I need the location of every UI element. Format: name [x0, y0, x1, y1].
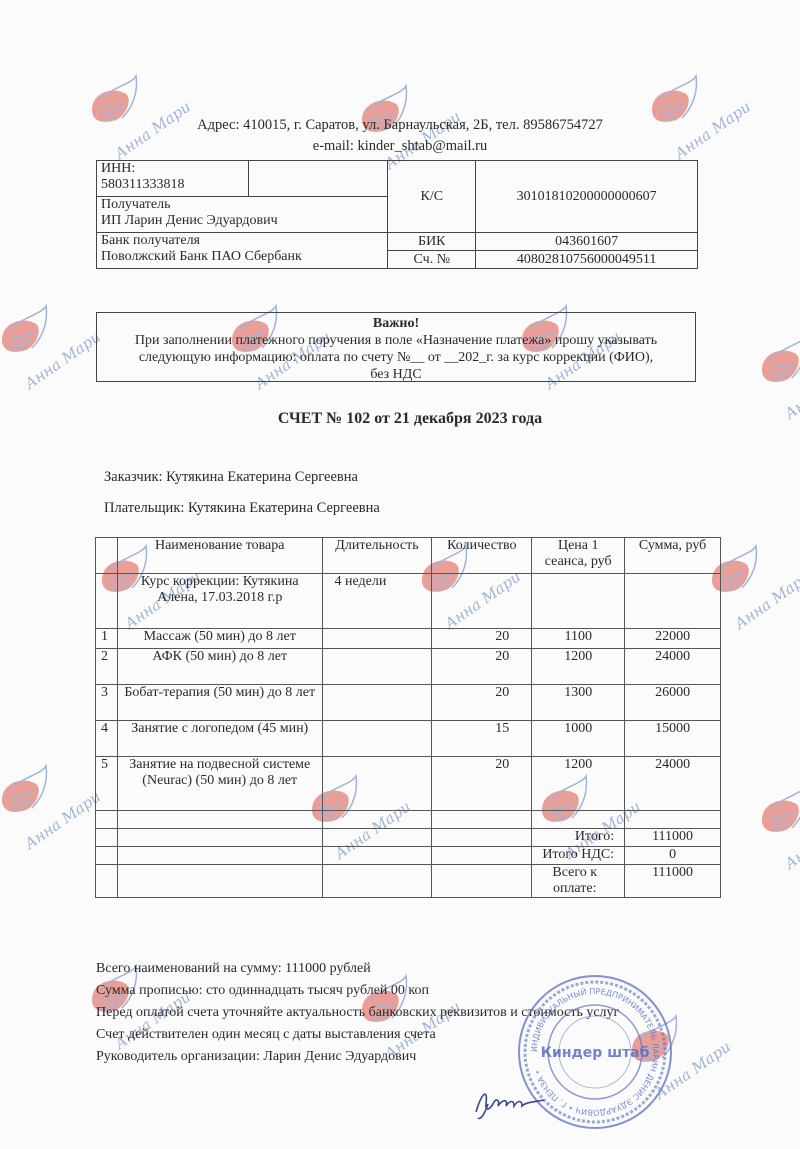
total-label: Всего к оплате:	[532, 865, 625, 898]
table-row: 2АФК (50 мин) до 8 лет20120024000	[96, 649, 721, 685]
item-name: Занятие на подвесной системе (Neurac) (5…	[117, 757, 322, 811]
item-quantity: 20	[432, 649, 532, 685]
table-row: 3Бобат-терапия (50 мин) до 8 лет20130026…	[96, 685, 721, 721]
watermark-logo-icon: Анна Мария	[0, 300, 100, 400]
empty-row	[96, 811, 721, 829]
stamp-center-text: Киндер штаб	[541, 1045, 650, 1061]
row-number: 2	[96, 649, 118, 685]
recipient-cell: ПолучательИП Ларин Денис Эдуардович	[97, 197, 388, 233]
item-quantity: 15	[432, 721, 532, 757]
item-sum: 22000	[625, 629, 721, 649]
item-name: Массаж (50 мин) до 8 лет	[117, 629, 322, 649]
course-duration: 4 недели	[322, 574, 432, 629]
payer: Плательщик: Кутякина Екатерина Сергеевна	[104, 500, 380, 517]
header-sum: Сумма, руб	[625, 538, 721, 574]
item-sum: 24000	[625, 757, 721, 811]
total-label: Итого НДС:	[532, 847, 625, 865]
item-price: 1200	[532, 757, 625, 811]
inn-cell: ИНН:580311333818	[97, 161, 249, 197]
company-email: e-mail: kinder_shtab@mail.ru	[0, 138, 800, 155]
item-name: Бобат-терапия (50 мин) до 8 лет	[117, 685, 322, 721]
item-quantity: 20	[432, 629, 532, 649]
item-sum: 24000	[625, 649, 721, 685]
bik-value: 043601607	[476, 233, 698, 251]
table-row: 5Занятие на подвесной системе (Neurac) (…	[96, 757, 721, 811]
total-value: 111000	[625, 865, 721, 898]
item-price: 1300	[532, 685, 625, 721]
watermark-logo-icon: Анна Мария	[740, 780, 800, 880]
item-name: АФК (50 мин) до 8 лет	[117, 649, 322, 685]
item-quantity: 20	[432, 757, 532, 811]
row-number: 1	[96, 629, 118, 649]
company-address: Адрес: 410015, г. Саратов, ул. Барнаульс…	[0, 117, 800, 134]
bank-cell: Банк получателяПоволжский Банк ПАО Сберб…	[97, 233, 388, 269]
totals-row: Всего к оплате:111000	[96, 865, 721, 898]
customer: Заказчик: Кутякина Екатерина Сергеевна	[104, 469, 358, 486]
row-number: 5	[96, 757, 118, 811]
table-row: 4Занятие с логопедом (45 мин)15100015000	[96, 721, 721, 757]
item-sum: 26000	[625, 685, 721, 721]
bik-label: БИК	[388, 233, 476, 251]
row-number: 3	[96, 685, 118, 721]
watermark-logo-icon: Анна Мария	[0, 760, 100, 860]
bank-value: Поволжский Банк ПАО Сбербанк	[101, 249, 302, 264]
bank-requisites-table: ИНН:580311333818 К/С 3010181020000000060…	[96, 160, 698, 269]
totals-row: Итого НДС:0	[96, 847, 721, 865]
course-name: Курс коррекции: Кутякина Алена, 17.03.20…	[117, 574, 322, 629]
ks-label: К/С	[388, 161, 476, 233]
item-price: 1200	[532, 649, 625, 685]
svg-text:Анна Мария: Анна Мария	[781, 802, 800, 874]
table-row: 1Массаж (50 мин) до 8 лет20110022000	[96, 629, 721, 649]
notice-line-1: При заполнении платежного поручения в по…	[97, 332, 695, 349]
total-value: 111000	[625, 829, 721, 847]
notice-title: Важно!	[97, 315, 695, 332]
notice-line-2: следующую информацию: оплата по счету №_…	[97, 349, 695, 366]
header-quantity: Количество	[432, 538, 532, 574]
payment-notice: Важно! При заполнении платежного поручен…	[96, 312, 696, 382]
ks-value: 30101810200000000607	[476, 161, 698, 233]
item-price: 1100	[532, 629, 625, 649]
invoice-page: Анна Мария Анна Мария Анна Мария Анна Ма…	[0, 0, 800, 1149]
account-value: 40802810756000049511	[476, 251, 698, 269]
header-duration: Длительность	[322, 538, 432, 574]
item-sum: 15000	[625, 721, 721, 757]
invoice-title: СЧЕТ № 102 от 21 декабря 2023 года	[0, 410, 800, 428]
table-header-row: Наименование товара Длительность Количес…	[96, 538, 721, 574]
inn-value: 580311333818	[101, 177, 184, 192]
items-table: Наименование товара Длительность Количес…	[95, 537, 721, 898]
account-label: Сч. №	[388, 251, 476, 269]
item-price: 1000	[532, 721, 625, 757]
recipient-value: ИП Ларин Денис Эдуардович	[101, 213, 278, 228]
row-number: 4	[96, 721, 118, 757]
item-quantity: 20	[432, 685, 532, 721]
svg-text:Анна Мария: Анна Мария	[21, 782, 100, 854]
svg-text:Анна Мария: Анна Мария	[21, 322, 100, 394]
notice-line-3: без НДС	[97, 366, 695, 383]
header-price: Цена 1 сеанса, руб	[532, 538, 625, 574]
total-value: 0	[625, 847, 721, 865]
svg-text:Анна Мария: Анна Мария	[731, 562, 800, 634]
totals-row: Итого:111000	[96, 829, 721, 847]
signature	[470, 1082, 550, 1122]
course-row: Курс коррекции: Кутякина Алена, 17.03.20…	[96, 574, 721, 629]
total-label: Итого:	[532, 829, 625, 847]
item-name: Занятие с логопедом (45 мин)	[117, 721, 322, 757]
header-name: Наименование товара	[117, 538, 322, 574]
